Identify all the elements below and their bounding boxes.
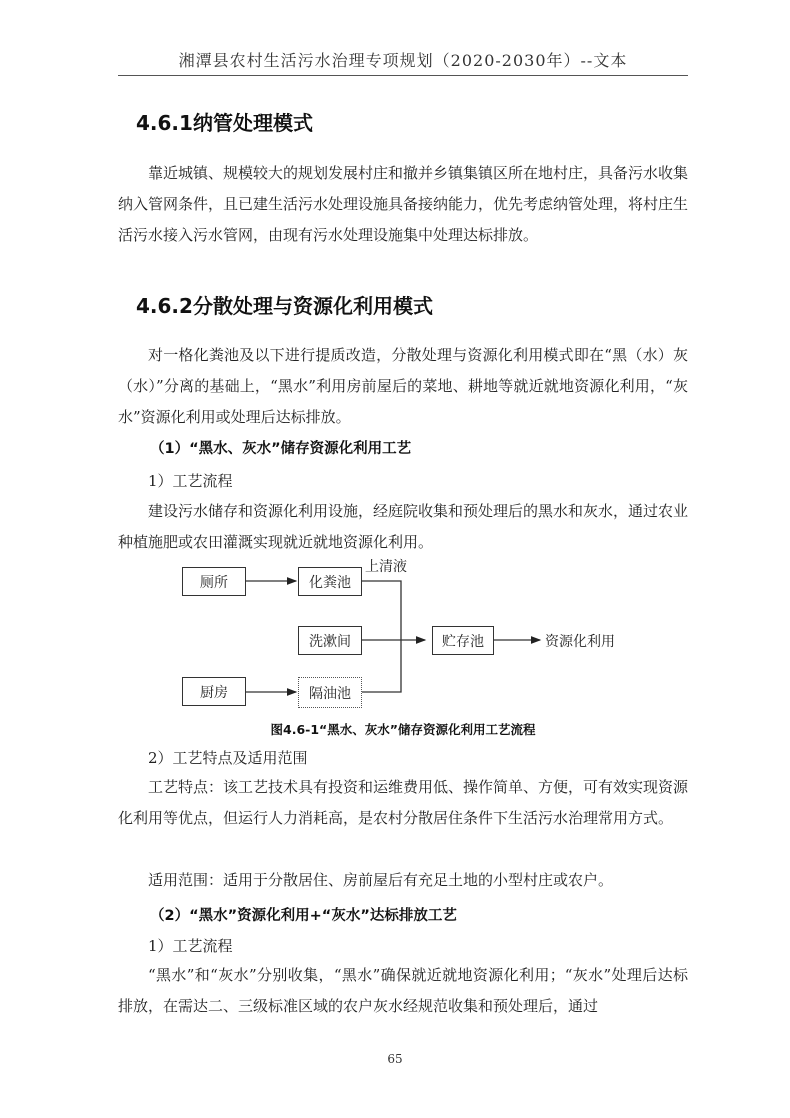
figure-caption: 图4.6-1“黑水、灰水”储存资源化利用工艺流程 [118,720,688,738]
subsection-heading-1: （1）“黑水、灰水”储存资源化利用工艺 [150,437,411,458]
node-toilet: 厕所 [182,567,246,596]
node-storage-tank: 贮存池 [432,626,494,655]
node-washroom: 洗漱间 [298,626,362,655]
running-header: 湘潭县农村生活污水治理专项规划（2020-2030年）--文本 [118,48,688,71]
node-septic-tank: 化粪池 [298,567,362,596]
subsection-heading-2: （2）“黑水”资源化利用+“灰水”达标排放工艺 [150,904,457,925]
node-grease-trap: 隔油池 [298,677,362,708]
node-kitchen: 厨房 [182,677,246,706]
process-flow-title-2: 1）工艺流程 [148,935,233,956]
process-flow-title: 1）工艺流程 [148,470,233,491]
section-heading-4-6-1: 4.6.1纳管处理模式 [136,107,313,136]
section-4-6-1-paragraph: 靠近城镇、规模较大的规划发展村庄和撤并乡镇集镇区所在地村庄，具备污水收集纳入管网… [118,158,688,251]
header-divider [118,75,688,76]
flow-diagram: 厕所 化粪池 上清液 洗漱间 厨房 隔油池 贮存池 资源化利用 [170,556,630,706]
process-features-text: 工艺特点：该工艺技术具有投资和运维费用低、操作简单、方便，可有效实现资源化利用等… [118,772,688,834]
node-reuse: 资源化利用 [545,631,615,651]
application-scope-text: 适用范围：适用于分散居住、房前屋后有充足土地的小型村庄或农户。 [118,865,688,896]
process-flow-text-2: “黑水”和“灰水”分别收集，“黑水”确保就近就地资源化利用；“灰水”处理后达标排… [118,960,688,1022]
page-number: 65 [0,1052,790,1066]
section-4-6-2-paragraph: 对一格化粪池及以下进行提质改造，分散处理与资源化利用模式即在“黑（水）灰（水）”… [118,340,688,433]
label-supernatant: 上清液 [365,556,407,576]
features-scope-title: 2）工艺特点及适用范围 [148,747,308,768]
process-flow-text: 建设污水储存和资源化利用设施，经庭院收集和预处理后的黑水和灰水，通过农业种植施肥… [118,496,688,558]
section-heading-4-6-2: 4.6.2分散处理与资源化利用模式 [136,290,433,319]
